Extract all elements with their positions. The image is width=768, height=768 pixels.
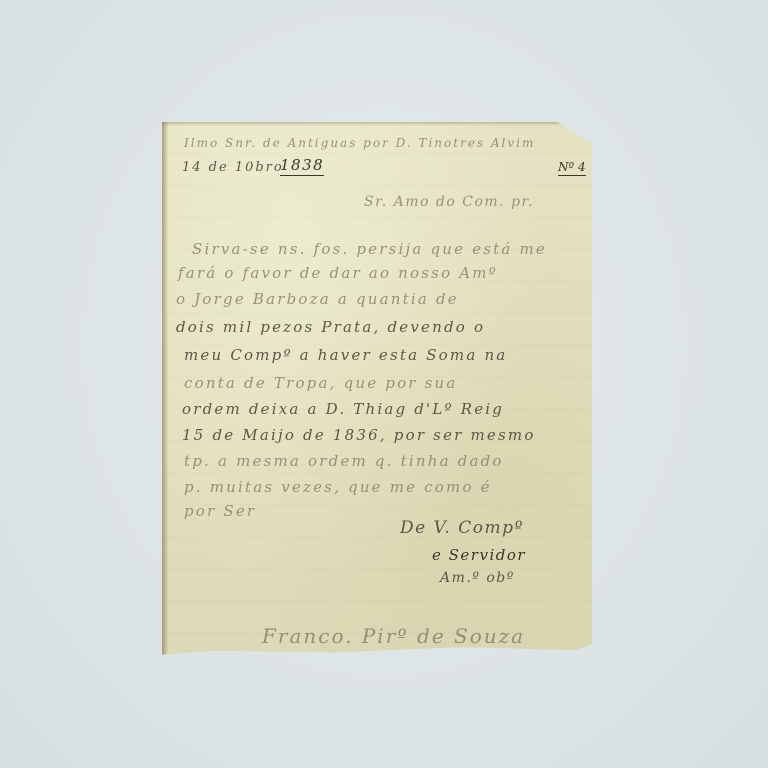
header-address-line: Ilmo Snr. de Antiguas por D. Tinotres Al…	[184, 136, 535, 150]
signature: Franco. Pirº de Souza	[262, 624, 525, 648]
closing-line-1: De V. Compº	[400, 518, 524, 538]
closing-line-2: e Servidor	[432, 546, 526, 564]
body-line-6: conta de Tropa, que por sua	[184, 374, 458, 392]
document-number: Nº 4	[558, 160, 586, 176]
header-date: 14 de 10bro	[182, 160, 284, 175]
handwritten-letter: Ilmo Snr. de Antiguas por D. Tinotres Al…	[162, 122, 592, 660]
body-line-9: tp. a mesma ordem q. tinha dado	[184, 452, 504, 470]
body-line-1: Sirva-se ns. fos. persija que está me	[192, 240, 547, 258]
body-line-11: por Ser	[184, 502, 256, 520]
salutation: Sr. Amo do Com. pr.	[364, 194, 534, 210]
closing-line-3: Am.º obº	[440, 570, 515, 586]
body-line-7: ordem deixa a D. Thiag d'Lº Reig	[182, 400, 504, 418]
body-line-5: meu Compº a haver esta Soma na	[184, 346, 507, 364]
body-line-2: fará o favor de dar ao nosso Amº	[178, 264, 498, 282]
body-line-10: p. muitas vezes, que me como é	[184, 478, 492, 496]
body-line-3: o Jorge Barboza a quantia de	[176, 290, 459, 308]
body-line-8: 15 de Maijo de 1836, por ser mesmo	[182, 426, 536, 444]
header-year: 1838	[280, 156, 324, 176]
body-line-4: dois mil pezos Prata, devendo o	[176, 318, 485, 336]
